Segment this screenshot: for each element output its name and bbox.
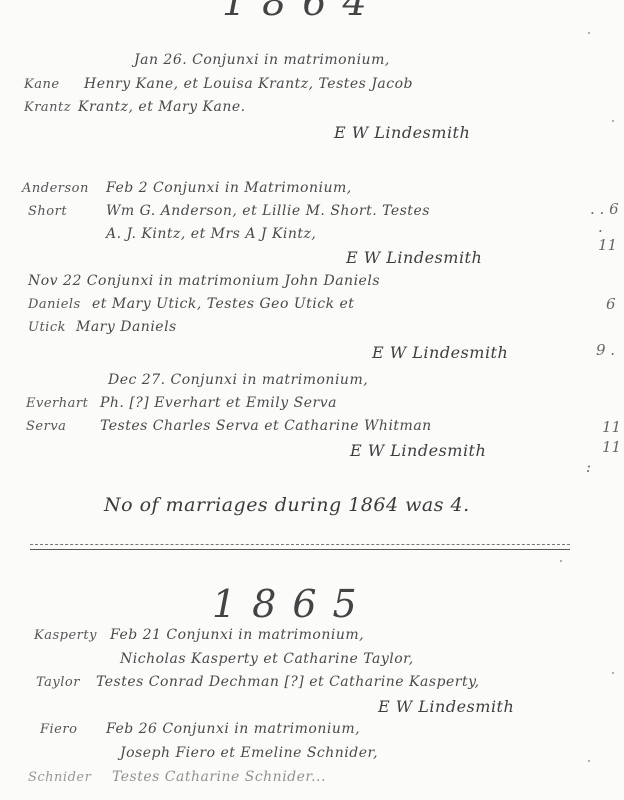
entry-6-line-2: Joseph Fiero et Emeline Schnider, <box>120 745 378 761</box>
entry-5-signature: E W Lindesmith <box>378 697 514 716</box>
scan-speck <box>612 672 614 674</box>
scan-speck <box>560 560 562 562</box>
entry-4-margin-name-2: Serva <box>26 419 66 434</box>
entry-5-margin-name: Kasperty <box>34 628 97 643</box>
entry-6-margin-name-2: Schnider <box>28 770 91 785</box>
entry-5-line-1: Feb 21 Conjunxi in matrimonium, <box>110 627 364 643</box>
entry-1-margin-name: Kane <box>24 77 60 92</box>
entry-3-line-2: et Mary Utick, Testes Geo Utick et <box>92 296 354 312</box>
entry-2-line-2: Wm G. Anderson, et Lillie M. Short. Test… <box>106 203 430 219</box>
entry-3-signature: E W Lindesmith <box>372 343 508 362</box>
entry-4-line-3: Testes Charles Serva et Catharine Whitma… <box>100 418 432 434</box>
entry-5-line-2: Nicholas Kasperty et Catharine Taylor, <box>120 651 414 667</box>
margin-mark-1: . . 6 <box>590 200 619 218</box>
entry-2-margin-name: Anderson <box>22 181 89 196</box>
register-page: 1864 Jan 26. Conjunxi in matrimonium, Ka… <box>0 0 624 800</box>
entry-5-line-3: Testes Conrad Dechman [?] et Catharine K… <box>96 674 480 690</box>
year-summary-1864: No of marriages during 1864 was 4. <box>104 494 470 516</box>
entry-5-margin-name-2: Taylor <box>36 675 80 690</box>
entry-1-signature: E W Lindesmith <box>334 123 470 142</box>
year-heading-1864: 1864 <box>222 0 383 24</box>
entry-1-line-2: Henry Kane, et Louisa Krantz, Testes Jac… <box>84 76 413 92</box>
entry-4-line-2: Ph. [?] Everhart et Emily Serva <box>100 395 337 411</box>
entry-1-margin-name-2: Krantz <box>24 100 71 115</box>
entry-3-margin-name-2: Utick <box>28 320 66 335</box>
entry-2-margin-name-2: Short <box>28 204 67 219</box>
year-heading-1865: 1865 <box>212 582 373 626</box>
scan-speck <box>612 120 614 122</box>
entry-2-line-1: Feb 2 Conjunxi in Matrimonium, <box>106 180 352 196</box>
entry-3-line-1: Nov 22 Conjunxi in matrimonium John Dani… <box>28 273 380 289</box>
entry-1-line-3: Krantz, et Mary Kane. <box>78 99 246 115</box>
margin-mark-2: . 11 <box>598 218 624 254</box>
margin-mark-7: : <box>586 458 591 476</box>
section-divider <box>30 544 570 550</box>
entry-3-margin-name: Daniels <box>28 297 81 312</box>
margin-mark-3: 6 <box>606 295 616 313</box>
entry-2-signature: E W Lindesmith <box>346 248 482 267</box>
entry-3-line-3: Mary Daniels <box>76 319 177 335</box>
scan-speck <box>588 32 590 34</box>
entry-1-line-1: Jan 26. Conjunxi in matrimonium, <box>134 52 390 68</box>
entry-6-line-3: Testes Catharine Schnider... <box>112 769 326 785</box>
margin-mark-4: 9 . <box>596 341 615 359</box>
entry-6-margin-name: Fiero <box>40 722 77 737</box>
scan-speck <box>588 760 590 762</box>
margin-mark-5: 11 <box>602 418 621 436</box>
entry-4-line-1: Dec 27. Conjunxi in matrimonium, <box>108 372 368 388</box>
entry-4-signature: E W Lindesmith <box>350 441 486 460</box>
entry-2-line-3: A. J. Kintz, et Mrs A J Kintz, <box>106 226 316 242</box>
margin-mark-6: 11 <box>602 438 621 456</box>
entry-4-margin-name: Everhart <box>26 396 88 411</box>
entry-6-line-1: Feb 26 Conjunxi in matrimonium, <box>106 721 360 737</box>
